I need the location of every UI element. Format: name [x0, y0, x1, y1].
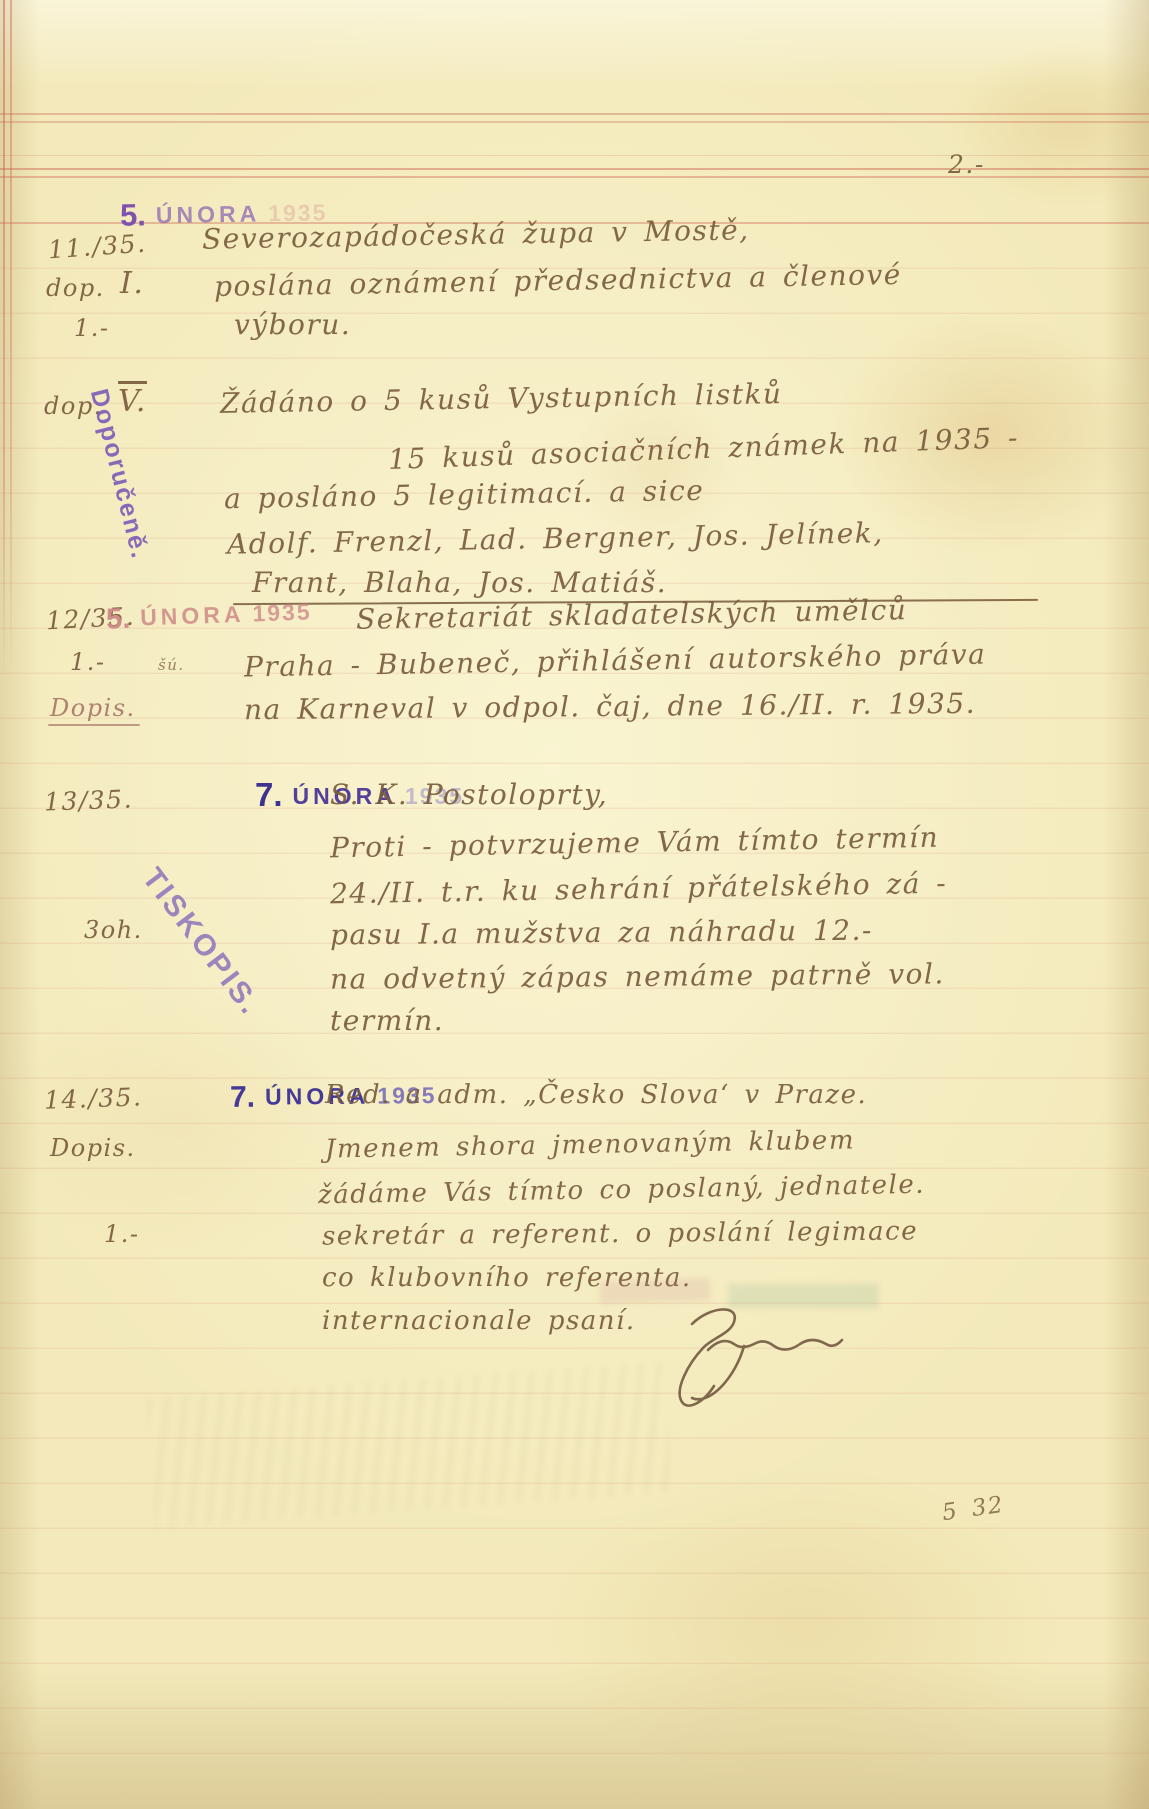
header-rule [0, 121, 1149, 123]
tiskopis-stamp: TISKOPIS. [135, 862, 268, 1023]
stamp-day: 5. [105, 603, 130, 636]
entry-line: Proti - potvrzujeme Vám tímto termín [330, 821, 940, 865]
entry-line: výboru. [234, 308, 351, 341]
entry-line: Adolf. Frenzl, Lad. Bergner, Jos. Jelíne… [227, 516, 884, 560]
entry-margin-amount: 1.- [70, 648, 106, 676]
entry-line: 24./II. t.r. ku sehrání přátelského zá - [330, 867, 948, 911]
entry-margin-amount: 1.- [104, 1220, 140, 1248]
stamp-month: ÚNORA [140, 601, 245, 631]
date-stamp-entry12: 5.ÚNORA1935 [105, 596, 312, 636]
stamp-day: 5. [120, 197, 146, 232]
entry-line: poslána oznámení předsednictva a členové [214, 258, 902, 303]
entry-line: pasu I.a mužstva za náhradu 12.- [330, 914, 873, 952]
entry-number: 11./35. [47, 229, 147, 265]
entry-line: S. K. Postoloprty, [330, 778, 608, 811]
entry-margin-mark: šú. [158, 656, 185, 674]
entry-line: a posláno 5 legitimací. a sice [224, 474, 705, 515]
entry-line: na Karneval v odpol. čaj, dne 16./II. r.… [244, 687, 976, 726]
entry-line: Praha - Bubeneč, přihlášení autorského p… [244, 638, 987, 684]
stamp-day: 7. [230, 1081, 255, 1114]
entry-margin-dopis: Dopis. [50, 1134, 136, 1162]
entry-number: 13/35. [44, 784, 134, 816]
stamp-day: 7. [255, 776, 283, 813]
header-rule [0, 113, 1149, 115]
entry-line: sekretár a referent. o poslání legimace [322, 1216, 918, 1251]
ledger-page: 2.- 5.ÚNORA1935 11./35. Severozapádočesk… [0, 0, 1149, 1809]
entry-line: Jmenem shora jmenovaným klubem [325, 1125, 855, 1164]
entry-line: co klubovního referenta. [322, 1263, 692, 1293]
entry-margin-note: 3oh. [84, 916, 143, 944]
entry-margin-note: dop. [46, 274, 105, 302]
entry-line: Žádáno o 5 kusů Vystupních listků [220, 377, 783, 420]
entry-margin-dopis: Dopis. [50, 694, 136, 722]
signature [648, 1302, 878, 1422]
stamp-year: 1935 [252, 598, 312, 626]
margin-rule [10, 0, 12, 680]
dopis-underline [48, 724, 140, 726]
entry-line: žádáme Vás tímto co poslaný, jednatele. [318, 1170, 925, 1211]
ink-bleed [146, 1362, 674, 1528]
entry-margin-roman: I. [120, 266, 144, 301]
entry-line: Red. a adm. „Česko Slova‘ v Praze. [325, 1080, 867, 1110]
entry-line: Sekretariát skladatelských umělců [356, 593, 908, 636]
entry-line: termín. [330, 1004, 444, 1037]
entry-margin-roman: V. [118, 384, 147, 419]
page-number: 2.- [948, 150, 985, 179]
entry-line: 15 kusů asociačních známek na 1935 - [388, 421, 1020, 476]
footer-note: 5 32 [940, 1492, 1005, 1526]
margin-rule [3, 0, 5, 680]
entry-line: Frant, Blaha, Jos. Matiáš. [252, 566, 667, 599]
entry-margin-amount: 1.- [74, 314, 110, 342]
entry-number: 14./35. [44, 1082, 143, 1114]
entry-line: internacionale psaní. [322, 1306, 636, 1336]
entry-line: na odvetný zápas nemáme patrně vol. [330, 957, 945, 995]
